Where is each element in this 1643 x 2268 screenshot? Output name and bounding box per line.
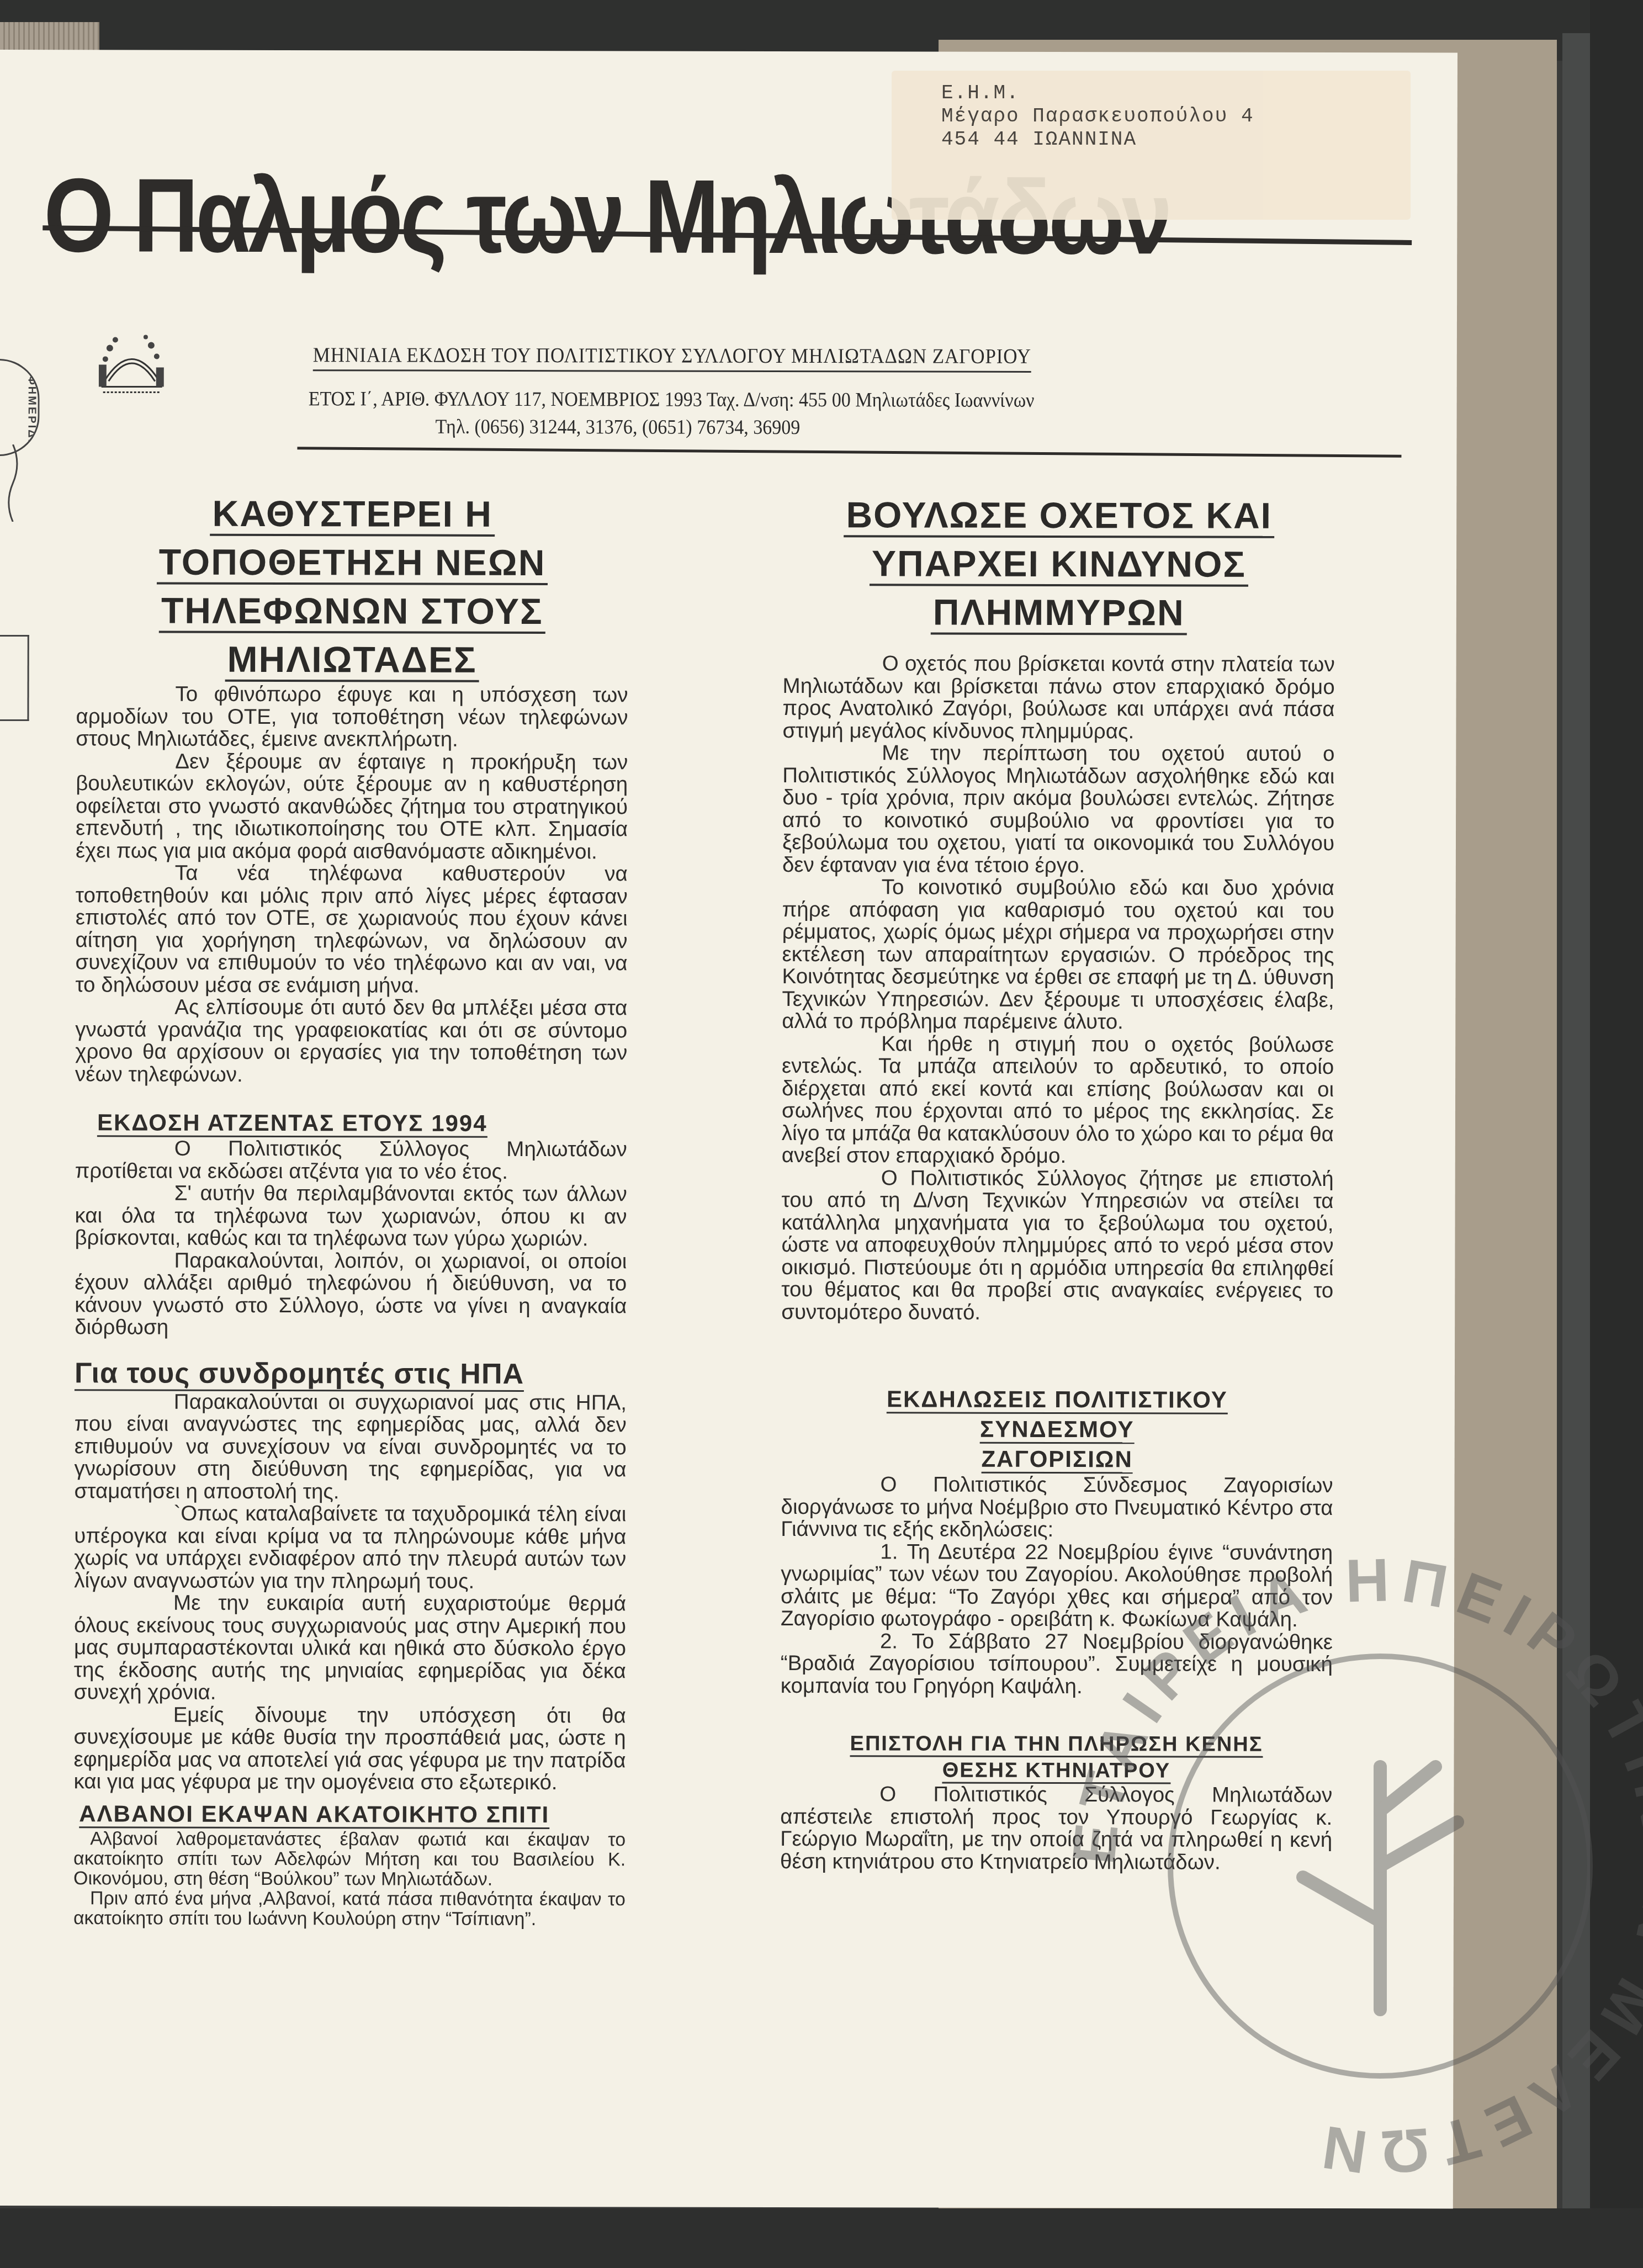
article-headline-drain: ΒΟΥΛΩΣΕ ΟΧΕΤΟΣ ΚΑΙ ΥΠΑΡΧΕΙ ΚΙΝΔΥΝΟΣ ΠΛΗΜ… [783, 490, 1335, 637]
newspaper-page: Ο Παλμός των Μηλιωτάδων ΜΗΝΙΑΙΑ ΕΚΔΟΣΗ Τ… [0, 50, 1457, 2209]
masthead-bottom-rule [297, 447, 1401, 458]
masthead-phone-line: Τηλ. (0656) 31244, 31376, (0651) 76734, … [436, 415, 801, 439]
article-paragraph: Με την περίπτωση του οχετού αυτού ο Πολι… [782, 742, 1335, 877]
article-headline-veterinarian: ΕΠΙΣΤΟΛΗ ΓΙΑ ΤΗΝ ΠΛΗΡΩΣΗ ΚΕΝΗΣ ΘΕΣΗΣ ΚΤΗ… [780, 1730, 1332, 1784]
article-paragraph: Ο Πολιτιστικός Σύλλογος ζήτησε με επιστο… [781, 1167, 1334, 1324]
masthead-subtitle: ΜΗΝΙΑΙΑ ΕΚΔΟΣΗ ΤΟΥ ΠΟΛΙΤΙΣΤΙΚΟΥ ΣΥΛΛΟΓΟΥ… [313, 343, 1031, 373]
article-paragraph: Ο οχετός που βρίσκεται κοντά στην πλατεί… [782, 653, 1334, 743]
article-paragraph: Σ' αυτήν θα περιλαμβάνονται εκτός των άλ… [75, 1182, 627, 1250]
binder-frame-bottom [0, 2208, 1643, 2268]
article-paragraph: Αλβανοί λαθρομετανάστες έβαλαν φωτιά και… [73, 1829, 626, 1889]
right-column: ΒΟΥΛΩΣΕ ΟΧΕΤΟΣ ΚΑΙ ΥΠΑΡΧΕΙ ΚΙΝΔΥΝΟΣ ΠΛΗΜ… [780, 490, 1335, 1874]
article-paragraph: 2. Το Σάββατο 27 Νοεμβρίου διοργανώθηκε … [781, 1630, 1333, 1698]
article-paragraph: Με την ευκαιρία αυτή ευχαριστούμε θερμά … [74, 1592, 626, 1705]
article-paragraph: Ας ελπίσουμε ότι αυτό δεν θα μπλέξει μέσ… [75, 996, 627, 1087]
address-label-line: Ε.Η.Μ. [941, 82, 1411, 105]
address-label-line: 454 44 ΙΩΑΝΝΙΝΑ [941, 128, 1411, 151]
library-stamp: ΕΦΗΜΕΡΙΔΕ [0, 359, 40, 456]
article-paragraph: Πριν από ένα μήνα ,Αλβανοί, κατά πάσα πι… [73, 1888, 626, 1929]
address-label-line: Μέγαρο Παρασκευοπούλου 4 [941, 105, 1411, 128]
binder-frame-right [1590, 0, 1643, 2268]
library-stamp-box [0, 635, 29, 721]
article-paragraph: `Οπως καταλαβαίνετε τα ταχυδρομικά τέλη … [74, 1502, 626, 1593]
article-paragraph: Ο Πολιτιστικός Σύλλογος Μηλιωτάδων προτί… [75, 1137, 627, 1183]
article-paragraph: Ο Πολιτιστικός Σύλλογος Μηλιωτάδων απέστ… [780, 1783, 1332, 1874]
article-paragraph: Δεν ξέρουμε αν έφταιγε η προκήρυξη των β… [76, 750, 628, 863]
article-paragraph: Τα νέα τηλέφωνα καθυστερούν να τοποθετηθ… [75, 862, 628, 997]
left-column: ΚΑΘΥΣΤΕΡΕΙ Η ΤΟΠΟΘΕΤΗΣΗ ΝΕΩΝ ΤΗΛΕΦΩΝΩΝ Σ… [73, 489, 628, 1929]
article-paragraph: Το φθινόπωρο έφυγε και η υπόσχεση των αρ… [76, 683, 628, 751]
article-headline-zagori-events: ΕΚΔΗΛΩΣΕΙΣ ΠΟΛΙΤΙΣΤΙΚΟΥ ΣΥΝΔΕΣΜΟΥ ΖΑΓΟΡΙ… [781, 1384, 1333, 1475]
masthead-issue-line: ΕΤΟΣ Ι΄, ΑΡΙΘ. ΦΥΛΛΟΥ 117, ΝΟΕΜΒΡΙΟΣ 199… [309, 387, 1035, 412]
article-paragraph: Παρακαλούνται, λοιπόν, οι χωριανοί, οι ο… [75, 1249, 627, 1340]
article-paragraph: Και ήρθε η στιγμή που ο οχετός βούλωσε ε… [782, 1032, 1334, 1168]
article-headline-usa-subscribers: Για τους συνδρομητές στις ΗΠΑ [75, 1355, 627, 1392]
article-paragraph: Το κοινοτικό συμβούλιο εδώ και δυο χρόνι… [782, 876, 1334, 1034]
article-paragraph: Παρακαλούνται οι συγχωριανοί μας στις ΗΠ… [74, 1391, 626, 1504]
article-paragraph: 1. Τη Δευτέρα 22 Νοεμβρίου έγινε “συνάντ… [781, 1540, 1333, 1631]
article-headline-phones: ΚΑΘΥΣΤΕΡΕΙ Η ΤΟΠΟΘΕΤΗΣΗ ΝΕΩΝ ΤΗΛΕΦΩΝΩΝ Σ… [76, 489, 629, 684]
article-paragraph: Ο Πολιτιστικός Σύνδεσμος Ζαγορισίων διορ… [781, 1474, 1333, 1542]
article-headline-albanians: ΑΛΒΑΝΟΙ ΕΚΑΨΑΝ ΑΚΑΤΟΙΚΗΤΟ ΣΠΙΤΙ [73, 1799, 626, 1830]
article-paragraph: Εμείς δίνουμε την υπόσχεση ότι θα συνεχί… [73, 1704, 626, 1794]
article-headline-agenda: ΕΚΔΟΣΗ ΑΤΖΕΝΤΑΣ ΕΤΟΥΣ 1994 [75, 1107, 627, 1138]
bridge-logo-icon [99, 326, 165, 403]
wavy-line-mark [4, 444, 21, 522]
address-label: Ε.Η.Μ. Μέγαρο Παρασκευοπούλου 4 454 44 Ι… [892, 71, 1411, 220]
